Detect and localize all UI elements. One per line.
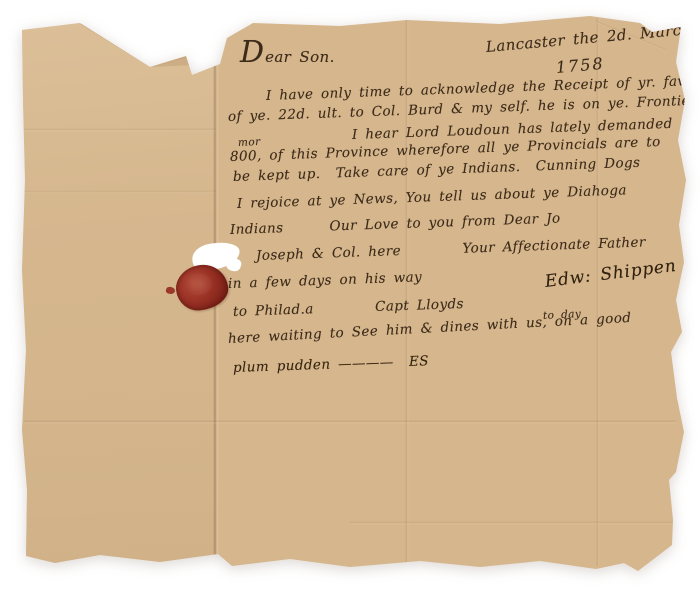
- horizontal-crease: [24, 420, 676, 424]
- horizontal-crease: [22, 128, 216, 132]
- body-line: Indians Our Love to you from Dear Jo: [230, 210, 561, 238]
- letter-photo: Lancaster the 2d. March, 1758 Dear Son. …: [0, 0, 700, 600]
- body-line: I rejoice at ye News, You tell us about …: [237, 182, 627, 212]
- signature: Edw: Shippen: [544, 256, 678, 292]
- horizontal-crease: [350, 521, 675, 525]
- letter-paper: Lancaster the 2d. March, 1758 Dear Son. …: [0, 0, 700, 600]
- body-line: to Philad.a Capt Lloyds: [233, 296, 464, 320]
- postscript-line: plum pudden ———— ES: [233, 353, 429, 376]
- body-line: in a few days on his way: [228, 269, 423, 292]
- body-line: Joseph & Col. here Your Affectionate Fat…: [256, 234, 646, 264]
- horizontal-crease: [22, 190, 216, 194]
- dateline-place: Lancaster the 2d. March,: [485, 20, 697, 56]
- salutation: Dear Son.: [240, 48, 335, 66]
- letter-photo-page: { "letter": { "dateline_place": "Lancast…: [0, 0, 700, 600]
